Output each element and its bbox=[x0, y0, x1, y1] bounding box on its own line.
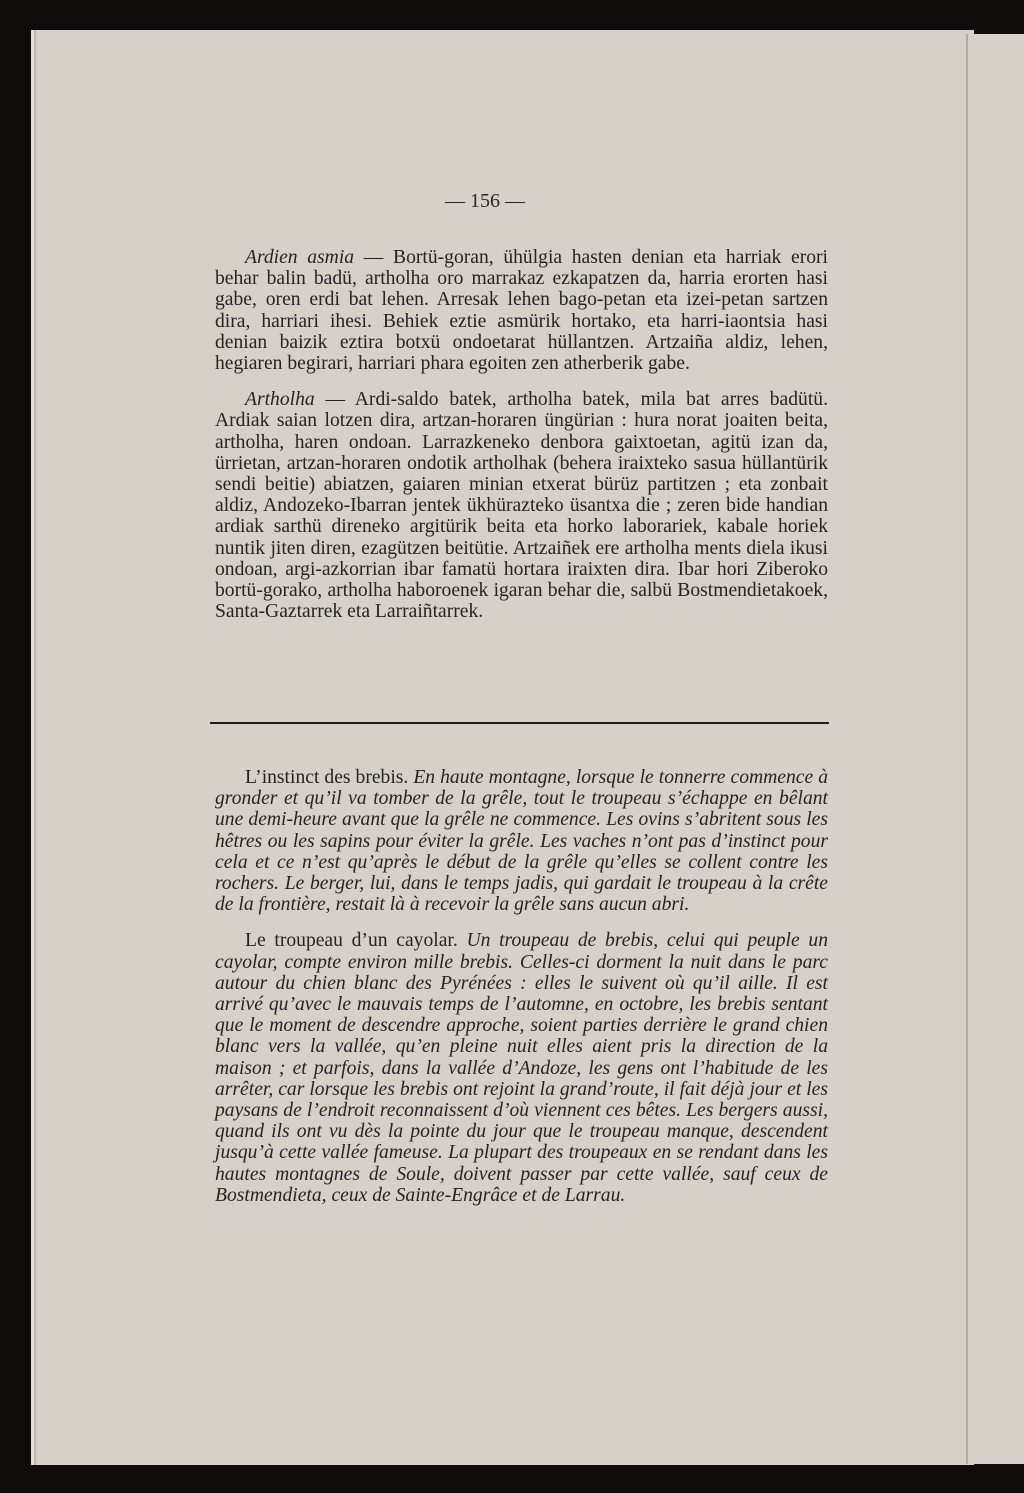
paragraph-text: Ardi-saldo batek, artholha batek, mila b… bbox=[215, 389, 828, 622]
section-divider-rule bbox=[210, 722, 829, 724]
paragraph-text: Un troupeau de brebis, celui qui peuple … bbox=[215, 930, 828, 1205]
basque-section: Ardien asmia — Bortü-goran, ühülgia hast… bbox=[215, 247, 828, 637]
paragraph-text: En haute montagne, lorsque le tonnerre c… bbox=[215, 767, 828, 915]
paragraph-title: Le troupeau d’un cayolar. bbox=[245, 930, 458, 951]
paragraph-title: Ardien asmia bbox=[245, 247, 354, 268]
paragraph-ardien-asmia: Ardien asmia — Bortü-goran, ühülgia hast… bbox=[215, 247, 828, 374]
paragraph-title: L’instinct des brebis. bbox=[245, 767, 408, 788]
em-dash-separator: — bbox=[315, 389, 355, 410]
page-number: — 156 — bbox=[0, 190, 1024, 213]
paragraph-instinct-des-brebis: L’instinct des brebis. En haute montagne… bbox=[215, 767, 828, 915]
french-section: L’instinct des brebis. En haute montagne… bbox=[215, 767, 828, 1221]
book-page bbox=[36, 31, 968, 1464]
paragraph-artholha: Artholha — Ardi-saldo batek, artholha ba… bbox=[215, 389, 828, 622]
paragraph-title: Artholha bbox=[245, 389, 315, 410]
facing-page-edge bbox=[968, 34, 1024, 1464]
paragraph-troupeau-cayolar: Le troupeau d’un cayolar. Un troupeau de… bbox=[215, 930, 828, 1206]
em-dash-separator: — bbox=[354, 247, 393, 268]
